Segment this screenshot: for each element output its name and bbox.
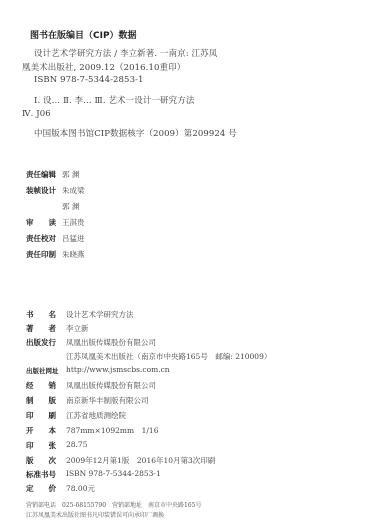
colophon-label: 开 本: [26, 425, 56, 436]
colophon-value: 凤凰出版传媒股份有限公司: [66, 337, 156, 348]
colophon-value: 南京新华丰制版有限公司: [66, 395, 149, 406]
cip-isbn: ISBN 978-7-5344-2853-1: [34, 75, 144, 85]
staff-value: 郭 渊: [62, 169, 79, 180]
colophon-value: 江苏省地质测绘院: [66, 410, 126, 421]
colophon-label: 制 版: [26, 395, 56, 406]
cip-record-number: 中国版本图书馆CIP数据核字（2009）第209924 号: [34, 127, 237, 139]
staff-label: 责任编辑: [26, 169, 56, 180]
colophon-value: 李立新: [66, 323, 89, 334]
colophon-label: 印 张: [26, 440, 56, 451]
colophon-value: 江苏凤凰美术出版社（南京市中央路165号 邮编: 210009）: [66, 351, 271, 362]
colophon-label: 著 者: [26, 323, 56, 334]
cip-classification-iv: Ⅳ. J06: [22, 109, 51, 119]
misprint-notice: 江苏凤凰美术出版社图书凡印装错误可向承印厂调换: [26, 510, 164, 519]
colophon-value: 28.75: [66, 440, 87, 449]
staff-label: 责任印制: [26, 249, 56, 260]
staff-value: 王淇贵: [62, 217, 85, 228]
price-value: 78.00元: [66, 483, 95, 494]
cip-title: 图书在版编目（CIP）数据: [30, 28, 137, 41]
sales-contact: 营销部电话 025-68155790 营销部地址 南京市中央路165号: [26, 500, 201, 509]
staff-label: 责任校对: [26, 233, 56, 244]
staff-label: 审 读: [26, 217, 56, 228]
cip-classification: Ⅰ. 设… Ⅱ. 李… Ⅲ. 艺术一设计一研究方法: [34, 94, 194, 106]
colophon-value: 设计艺术学研究方法: [66, 309, 134, 320]
colophon-label: 版 次: [26, 455, 56, 466]
staff-value: 郭 渊: [62, 201, 79, 212]
cip-line-1: 设计艺术学研究方法 / 李立新著. 一南京: 江苏凤: [34, 47, 217, 59]
colophon-label: 标准书号: [26, 469, 56, 480]
colophon-value: 2009年12月第1版 2016年10月第3次印刷: [66, 455, 215, 466]
colophon-label: 书 名: [26, 309, 56, 320]
colophon-label: 定 价: [26, 483, 56, 494]
colophon-value: ISBN 978-7-5344-2853-1: [66, 469, 161, 478]
staff-value: 朱成梁: [62, 185, 85, 196]
colophon-value: 凤凰出版传媒股份有限公司: [66, 380, 156, 391]
colophon-label: 印 刷: [26, 410, 56, 421]
staff-value: 吕猛进: [62, 233, 85, 244]
colophon-label: 经 销: [26, 380, 56, 391]
staff-value: 朱晓燕: [62, 249, 85, 260]
cip-line-2: 凰美术出版社, 2009.12（2016.10重印）: [22, 61, 185, 73]
colophon-label: 出版社网址: [26, 366, 59, 375]
publisher-website: http://www.jsmscbs.com.cn: [66, 365, 170, 374]
staff-label: 装帧设计: [26, 185, 56, 196]
colophon-value: 787mm×1092mm 1/16: [66, 425, 158, 436]
colophon-label: 出版发行: [26, 337, 56, 348]
